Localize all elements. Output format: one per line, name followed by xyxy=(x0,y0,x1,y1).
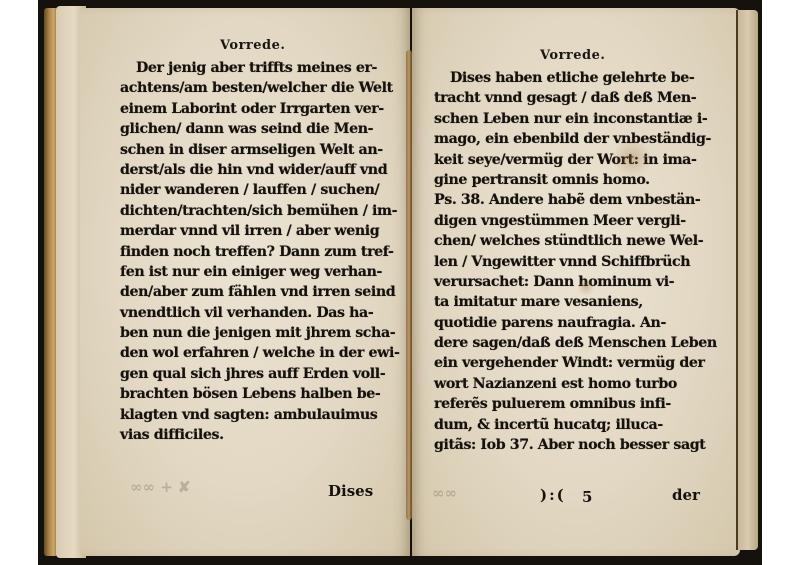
signature-number: 5 xyxy=(582,488,594,506)
text-line: ta imitatur mare vesaniens, xyxy=(434,292,717,312)
text-line: verursachet: Dann hominum vi- xyxy=(434,272,717,292)
text-line: keit seye/vermüg der Wort: in ima- xyxy=(434,150,717,170)
text-line: mago, ein ebenbild der vnbeständig- xyxy=(434,129,717,149)
text-line: merdar vnnd vil irren / aber wenig xyxy=(120,221,399,241)
text-line: gen qual sich jhres auff Erden voll- xyxy=(120,364,399,384)
text-line: Dises haben etliche gelehrte be- xyxy=(434,68,717,88)
running-header-right: Vorrede. xyxy=(540,48,605,63)
text-line: finden noch treffen? Dann zum tref- xyxy=(120,242,399,262)
text-line: chen/ welches stündtlich newe Wel- xyxy=(434,231,717,251)
text-line: wort Nazianzeni est homo turbo xyxy=(434,374,717,394)
text-line: nider wanderen / lauffen / suchen/ xyxy=(120,180,399,200)
show-through-marks: ∞∞ + ✘ xyxy=(130,478,191,496)
text-line: vnendtlich vil verhanden. Das ha- xyxy=(120,303,399,323)
text-line: ben nun die jenigen mit jhrem scha- xyxy=(120,323,399,343)
text-line: ein vergehender Windt: vermüg der xyxy=(434,353,717,373)
text-line: dum, & incertũ hucatq; illuca- xyxy=(434,415,717,435)
text-line: derst/als die hin vnd wider/auff vnd xyxy=(120,160,399,180)
text-line: digen vngestümmen Meer vergli- xyxy=(434,211,717,231)
running-header-left: Vorrede. xyxy=(220,38,285,53)
catchword-right: der xyxy=(672,486,700,504)
text-line: schen in diser armseligen Welt an- xyxy=(120,140,399,160)
text-line: achtens/am besten/welcher die Welt xyxy=(120,78,399,98)
text-line: Der jenig aber triffts meines er- xyxy=(120,58,399,78)
left-page: Vorrede. Der jenig aber triffts meines e… xyxy=(80,8,410,556)
text-line: gitãs: Iob 37. Aber noch besser sagt xyxy=(434,435,717,455)
text-line: den wol erfahren / welche in der ewi- xyxy=(120,343,399,363)
text-line: dere sagen/daß deß Menschen Leben xyxy=(434,333,717,353)
foxing-stain xyxy=(577,278,595,296)
text-line: den/aber zum fählen vnd irren seind xyxy=(120,282,399,302)
text-line: brachten bösen Lebens halben be- xyxy=(120,384,399,404)
catchword-left: Dises xyxy=(328,482,373,500)
text-line: klagten vnd sagten: ambulauimus xyxy=(120,405,399,425)
text-line: Ps. 38. Andere habẽ dem vnbestän- xyxy=(434,190,717,210)
text-line: vias difficiles. xyxy=(120,425,399,445)
text-line: referẽs puluerem omnibus infi- xyxy=(434,394,717,414)
text-line: schen Leben nur ein inconstantiæ i- xyxy=(434,109,717,129)
page-stack-right xyxy=(736,10,758,550)
show-through-marks: ∞∞ xyxy=(432,484,457,502)
foxing-stain xyxy=(612,138,652,178)
signature-mark: ):( xyxy=(540,486,566,504)
right-page: Vorrede. Dises haben etliche gelehrte be… xyxy=(412,8,740,556)
text-line: tracht vnnd gesagt / daß deß Men- xyxy=(434,88,717,108)
text-line: fen ist nur ein einiger weg verhan- xyxy=(120,262,399,282)
right-page-text: Dises haben etliche gelehrte be- tracht … xyxy=(434,68,717,455)
text-line: dichten/trachten/sich bemühen / im- xyxy=(120,201,399,221)
text-line: quotidie parens naufragia. An- xyxy=(434,313,717,333)
text-line: glichen/ dann was seind die Men- xyxy=(120,119,399,139)
text-line: len / Vngewitter vnnd Schiffbrüch xyxy=(434,252,717,272)
text-line: einem Laborint oder Irrgarten ver- xyxy=(120,99,399,119)
text-line: gine pertransit omnis homo. xyxy=(434,170,717,190)
left-page-text: Der jenig aber triffts meines er- achten… xyxy=(120,58,399,445)
